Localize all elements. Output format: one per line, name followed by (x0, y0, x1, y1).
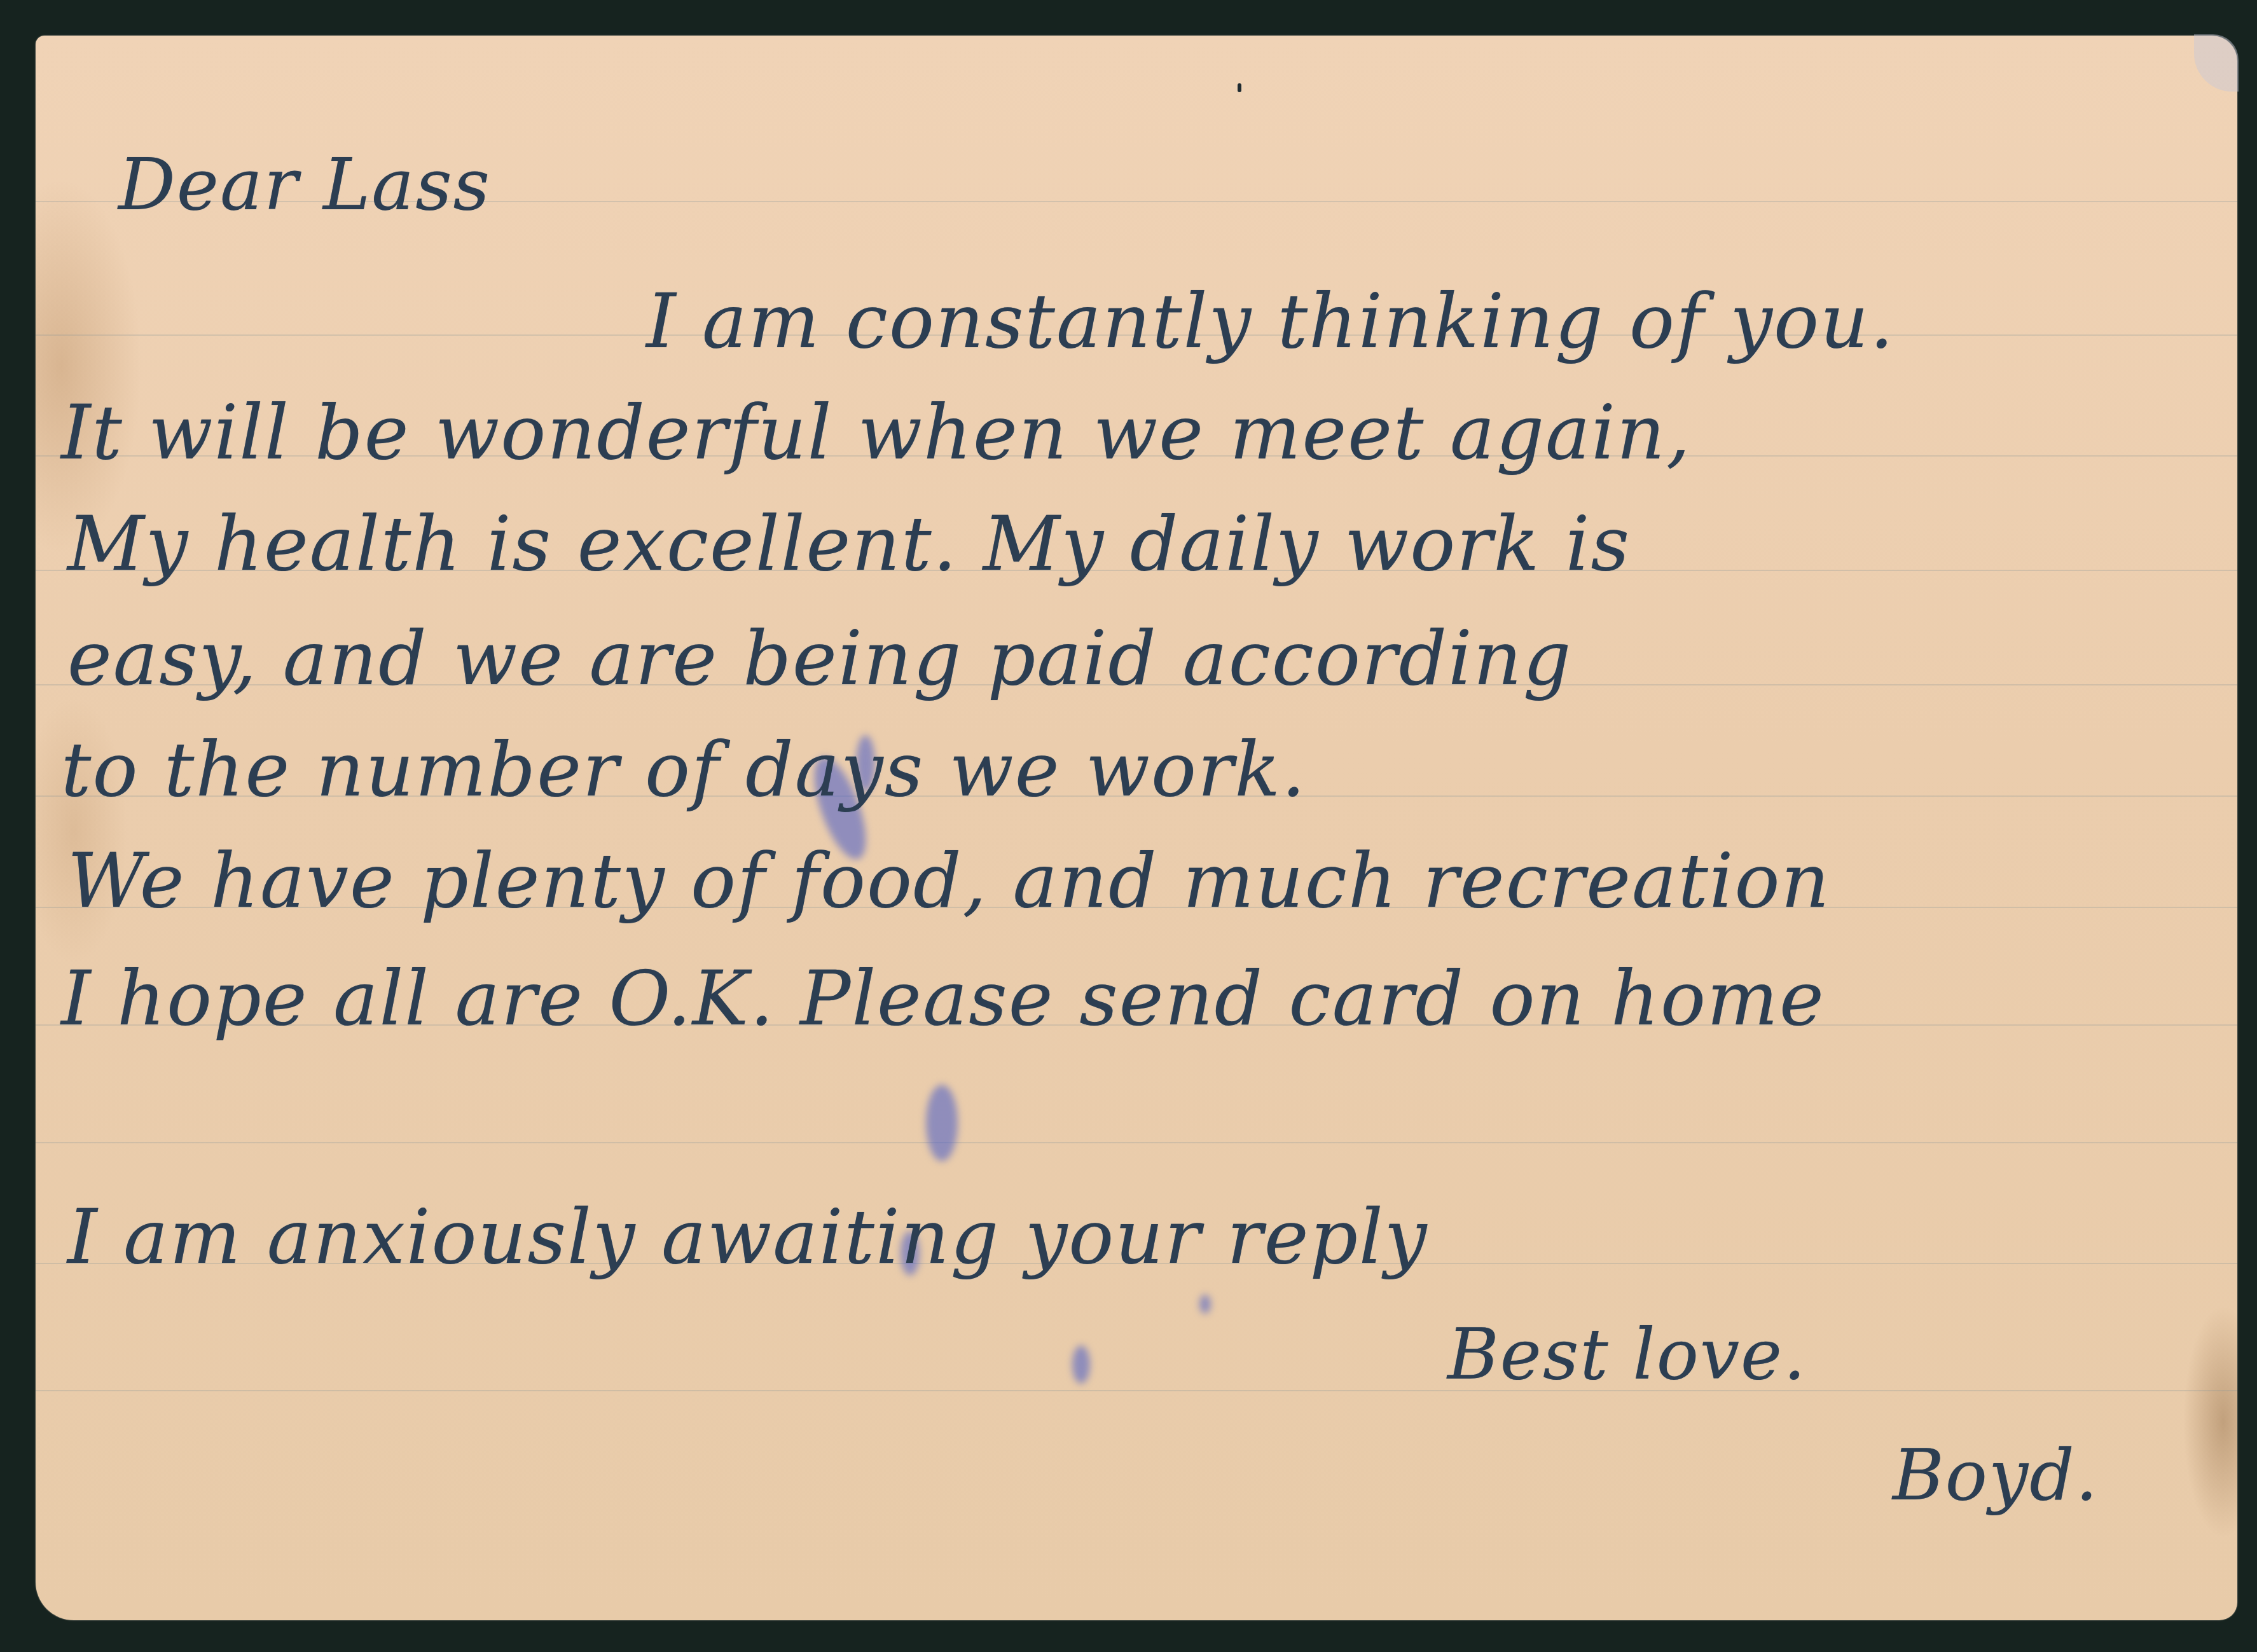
letter-line-8: I am anxiously awaiting your reply (67, 1193, 1428, 1281)
ink-blot (1072, 1346, 1090, 1384)
letter-line-4: easy, and we are being paid according (67, 614, 1572, 702)
letter-line-1: I am constantly thinking of you. (646, 277, 1895, 365)
letter-line-6: We have plenty of food, and much recreat… (67, 837, 1831, 925)
ink-blot (1199, 1295, 1211, 1314)
ruled-line (36, 1142, 2237, 1143)
signature: Boyd. (1893, 1435, 2099, 1516)
ink-speck (1238, 83, 1241, 92)
ruled-line (36, 1390, 2237, 1391)
letter-line-2: It will be wonderful when we meet again, (61, 389, 1692, 476)
ink-blot (926, 1085, 958, 1161)
closing: Best love. (1447, 1314, 1807, 1395)
letter-line-7: I hope all are O.K. Please send card on … (61, 954, 1825, 1042)
postcard: Dear Lass I am constantly thinking of yo… (36, 36, 2237, 1620)
greeting: Dear Lass (118, 144, 491, 226)
corner-fold (2194, 34, 2239, 92)
letter-line-5: to the number of days we work. (61, 726, 1307, 813)
letter-line-3: My health is excellent. My daily work is (67, 500, 1631, 588)
